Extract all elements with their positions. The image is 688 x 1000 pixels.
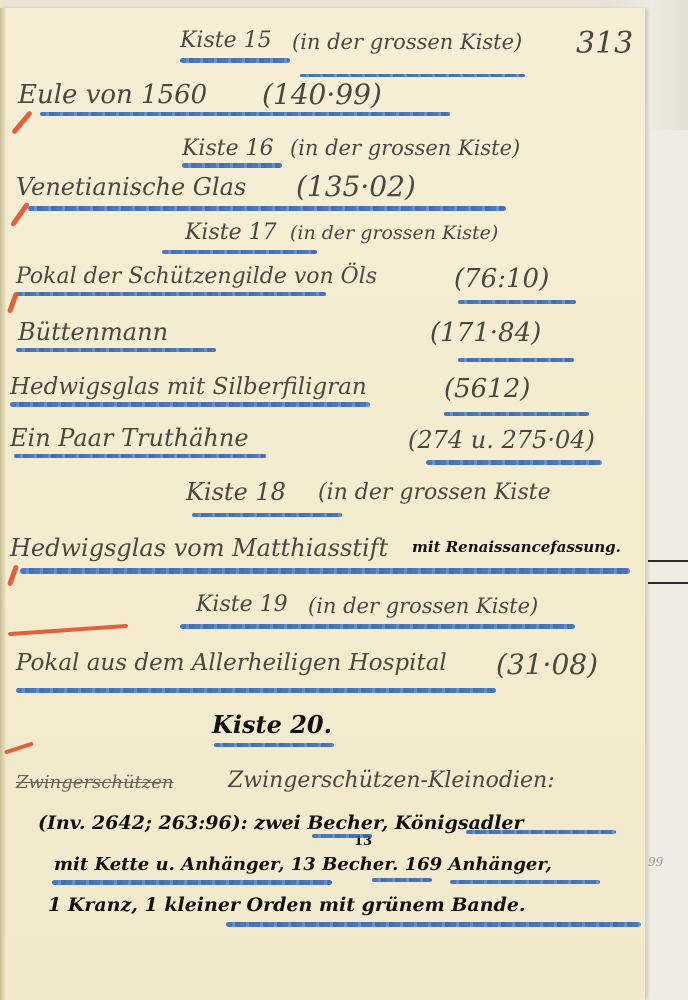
paragraph-line-1: Zwingerschützen-Kleinodien: [228, 768, 555, 793]
red-margin-mark [8, 624, 128, 636]
box-heading-label: Kiste 15 [180, 28, 272, 53]
underlying-rule [648, 560, 688, 562]
red-margin-mark [4, 741, 34, 754]
blue-underline [20, 568, 630, 574]
blue-underline [16, 292, 326, 296]
blue-underline [180, 58, 290, 63]
blue-underline [226, 922, 641, 927]
underlying-page-fragment: 99 [648, 855, 663, 869]
blue-underline [214, 743, 334, 747]
paragraph-line-2: (Inv. 2642; 263:96): zwei Becher, Königs… [38, 812, 524, 834]
blue-underline [192, 513, 342, 517]
box-heading-note: (in der grossen Kiste) [290, 222, 498, 244]
item-name: Hedwigsglas mit Silberfiligran [10, 374, 367, 400]
item-name: Büttenmann [18, 318, 168, 346]
struck-word: Zwingerschützen [16, 772, 174, 793]
blue-underline [426, 460, 602, 465]
blue-underline [180, 624, 575, 629]
blue-underline [450, 880, 600, 884]
page-number: 313 [576, 26, 633, 61]
blue-underline [182, 163, 282, 168]
box-heading-label: Kiste 16 [182, 136, 274, 161]
blue-underline [16, 688, 496, 693]
manuscript-page: 313 Kiste 15 (in der grossen Kiste) Eule… [0, 8, 646, 1000]
underlying-rule [648, 582, 688, 584]
item-name: Hedwigsglas vom Matthiasstift [10, 534, 388, 562]
paragraph-line-3: mit Kette u. Anhänger, 13 Becher. 169 An… [54, 854, 552, 875]
blue-underline [444, 412, 589, 416]
box-heading-label: Kiste 19 [196, 592, 288, 617]
page-binding-edge [0, 8, 6, 1000]
underlying-sheet-inner [640, 130, 688, 1000]
item-ref: (274 u. 275·04) [408, 426, 595, 454]
item-ref: (31·08) [496, 648, 598, 681]
blue-underline [372, 878, 432, 882]
item-name: Ein Paar Truthähne [10, 424, 249, 452]
blue-underline [52, 880, 332, 885]
blue-underline [300, 74, 525, 77]
item-name: Venetianische Glas [16, 173, 246, 201]
item-ref: (135·02) [296, 170, 416, 203]
box-heading-note: (in der grossen Kiste) [290, 136, 520, 160]
box-heading-note: (in der grossen Kiste [318, 480, 551, 505]
item-ref: (140·99) [262, 78, 382, 111]
red-margin-mark [11, 110, 33, 135]
blue-underline [28, 206, 506, 211]
blue-underline [466, 830, 616, 834]
box-heading-ink: Kiste 20. [212, 710, 332, 739]
box-heading-note: (in der grossen Kiste) [292, 30, 522, 54]
item-name: Pokal aus dem Allerheiligen Hospital [16, 650, 447, 676]
item-name: Eule von 1560 [18, 80, 207, 110]
blue-underline [14, 454, 266, 458]
item-ref: (5612) [444, 374, 530, 404]
box-heading-label: Kiste 18 [186, 478, 286, 506]
item-name: Pokal der Schützengilde von Öls [16, 264, 377, 289]
item-ref: (76:10) [454, 264, 549, 294]
item-addition-ink: mit Renaissancefassung. [412, 538, 621, 556]
red-margin-mark [7, 564, 19, 586]
blue-underline [162, 250, 317, 254]
blue-underline [40, 112, 450, 116]
red-margin-mark [10, 202, 30, 228]
item-ref: (171·84) [430, 318, 541, 348]
blue-underline [458, 358, 574, 362]
blue-underline [458, 300, 576, 304]
paragraph-line-4: 1 Kranz, 1 kleiner Orden mit grünem Band… [48, 894, 526, 916]
blue-underline [10, 402, 370, 407]
blue-underline [312, 834, 372, 838]
blue-underline [16, 348, 216, 352]
box-heading-label: Kiste 17 [185, 220, 277, 245]
red-margin-mark [7, 291, 19, 313]
box-heading-note: (in der grossen Kiste) [308, 594, 538, 618]
